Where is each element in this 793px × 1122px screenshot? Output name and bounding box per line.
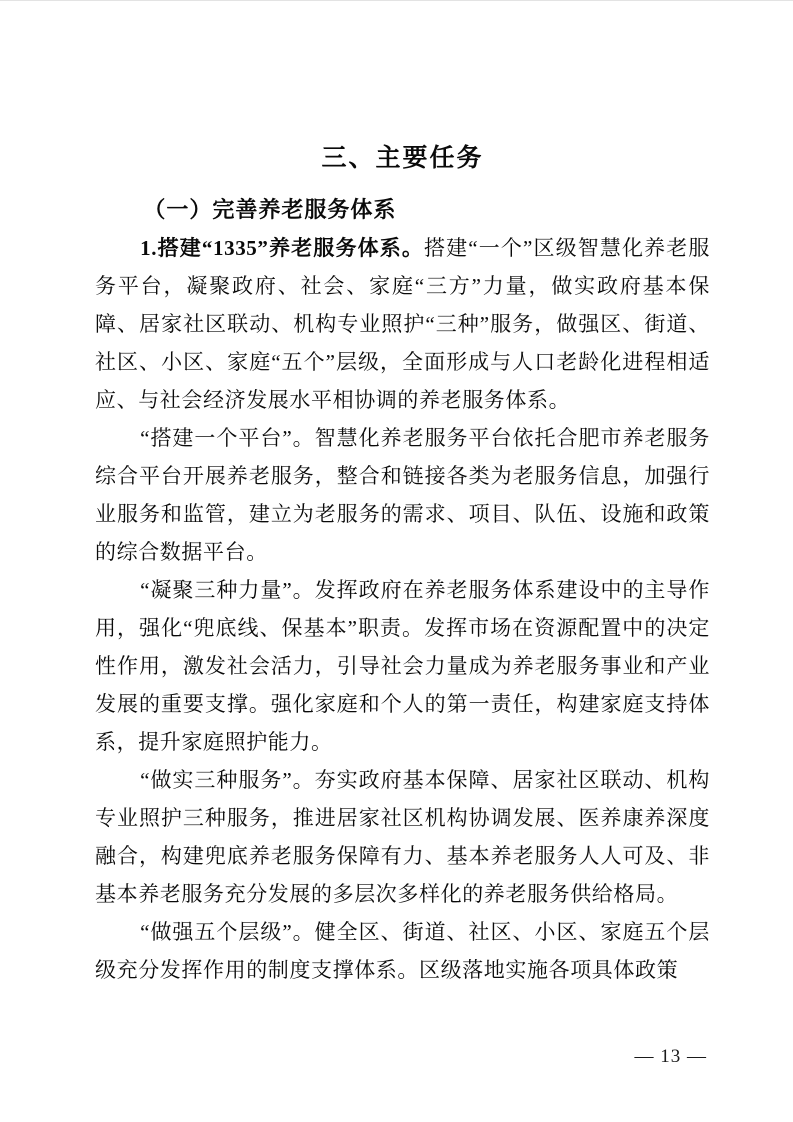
- paragraph-text: “搭建一个平台”。智慧化养老服务平台依托合肥市养老服务综合平台开展养老服务，整合…: [95, 426, 710, 564]
- document-page: 三、主要任务 （一）完善养老服务体系 1.搭建“1335”养老服务体系。搭建“一…: [0, 0, 793, 1122]
- paragraph-text: 搭建“一个”区级智慧化养老服务平台，凝聚政府、社会、家庭“三方”力量，做实政府基…: [95, 236, 710, 412]
- paragraph-text: “凝聚三种力量”。发挥政府在养老服务体系建设中的主导作用，强化“兜底线、保基本”…: [95, 578, 710, 754]
- paragraph: “做实三种服务”。夯实政府基本保障、居家社区联动、机构专业照护三种服务，推进居家…: [95, 761, 710, 913]
- section-heading: （一）完善养老服务体系: [95, 191, 710, 229]
- paragraph: “做强五个层级”。健全区、街道、社区、小区、家庭五个层级充分发挥作用的制度支撑体…: [95, 913, 710, 989]
- page-number: — 13 —: [635, 1046, 708, 1068]
- paragraph: “搭建一个平台”。智慧化养老服务平台依托合肥市养老服务综合平台开展养老服务，整合…: [95, 419, 710, 571]
- paragraph-text: “做强五个层级”。健全区、街道、社区、小区、家庭五个层级充分发挥作用的制度支撑体…: [95, 920, 710, 982]
- paragraph: “凝聚三种力量”。发挥政府在养老服务体系建设中的主导作用，强化“兜底线、保基本”…: [95, 571, 710, 761]
- paragraph-lead: 1.搭建“1335”养老服务体系。: [140, 236, 424, 260]
- document-content: 三、主要任务 （一）完善养老服务体系 1.搭建“1335”养老服务体系。搭建“一…: [95, 137, 710, 989]
- paragraph: 1.搭建“1335”养老服务体系。搭建“一个”区级智慧化养老服务平台，凝聚政府、…: [95, 229, 710, 419]
- paragraph-text: “做实三种服务”。夯实政府基本保障、居家社区联动、机构专业照护三种服务，推进居家…: [95, 768, 710, 906]
- page-title: 三、主要任务: [95, 137, 710, 179]
